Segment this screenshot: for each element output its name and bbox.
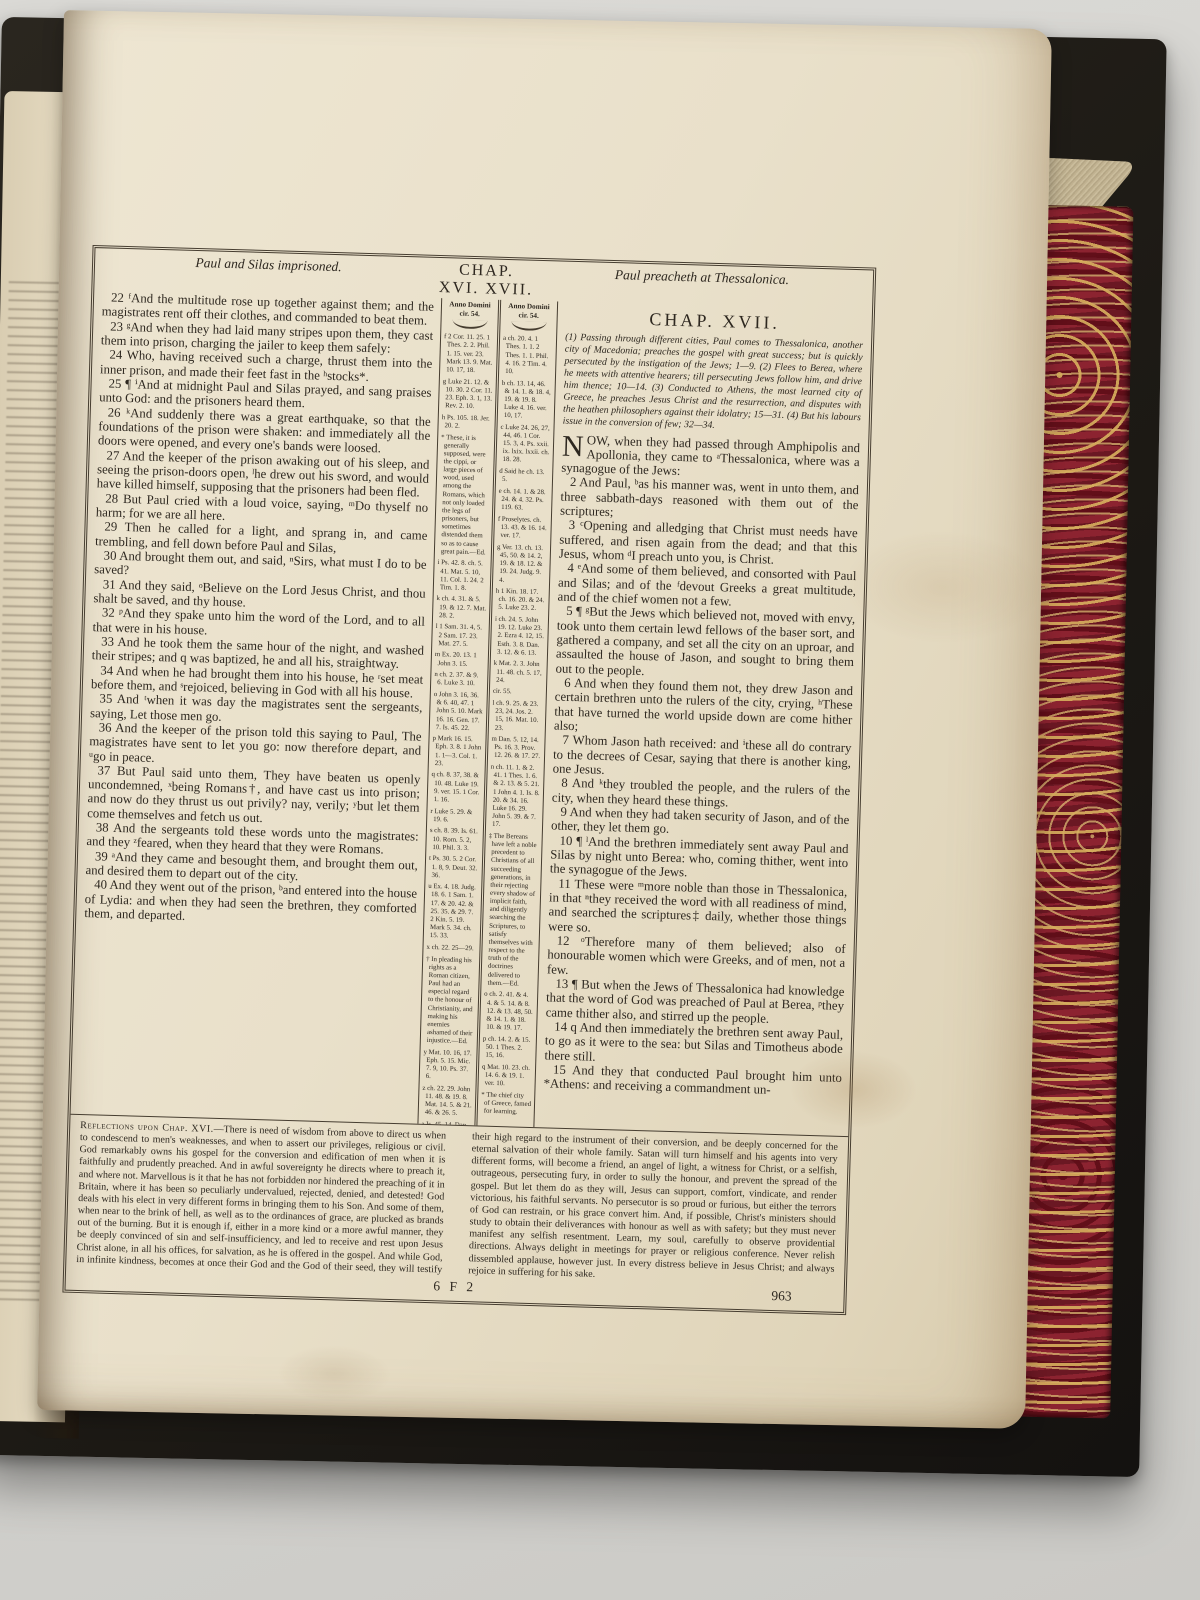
margin-note: d Said he ch. 13. 5. (499, 468, 549, 486)
verse-number: 2 (570, 475, 577, 489)
verse-number: 15 (553, 1063, 566, 1077)
verse: 37 But Paul said unto them, They have be… (87, 763, 421, 830)
margin-note: k Mat. 2. 3. John 11. 48. ch. 5. 17, 24. (493, 660, 544, 686)
running-head-left: Paul and Silas imprisoned. (101, 252, 436, 278)
verse-text: q And then immediately the brethren sent… (544, 1020, 843, 1063)
margin-note: † In pleading his rights as a Roman citi… (424, 955, 477, 1046)
margin-note: a ch. 20. 4. 1 Thes. 1. 1. 2 Thes. 1. 1.… (502, 335, 553, 377)
verse-number: 33 (101, 634, 114, 648)
running-head-right: Paul preacheth at Thessalonica. (537, 265, 867, 290)
verse-number: 22 (111, 291, 124, 305)
margin-note: z ch. 22. 29. John 11. 48. & 19. 8. Mat.… (422, 1085, 473, 1119)
margin-note: t Ps. 30. 5. 2 Cor. 1. 8, 9. Deut. 32. 3… (428, 855, 479, 881)
margin-note: cir. 55. (493, 688, 543, 698)
margin-note: * These, it is generally supposed, were … (438, 434, 492, 558)
verse-number: 24 (109, 348, 122, 362)
margin-note: i Ps. 42. 8. ch. 5. 41. Mat. 5. 10, 11. … (437, 559, 488, 593)
margin-note: g Ver. 13. ch. 13. 45, 50. & 14. 2, 19. … (496, 544, 547, 586)
verse-number: 29 (104, 520, 117, 534)
verse-text: And they went out of the prison, ᵇand en… (84, 878, 417, 923)
verse-number: 12 (557, 934, 570, 948)
margin-note: u Ex. 4. 18. Judg. 18. 6. 1 Sam. 1. 17. … (427, 883, 479, 942)
verse-number: 6 (564, 676, 571, 690)
verse-text: Whom Jason hath received: and ⁱthese all… (553, 733, 852, 777)
verse-number: 14 (554, 1020, 567, 1034)
verse-number: 23 (110, 319, 123, 333)
brace-ornament (511, 321, 546, 331)
verse-text: ᵉAnd some of them believed, and consorte… (557, 562, 856, 609)
verse: 6 And when they found them not, they dre… (554, 676, 854, 742)
verse-number: 3 (569, 518, 576, 532)
margin-note: q ch. 8. 37, 38. & 10. 48. Luke 19. 9. v… (431, 771, 482, 805)
anno-domini-year: cir. 54. (445, 309, 495, 319)
verse-number: 31 (103, 577, 116, 591)
verse-number: 28 (105, 491, 118, 505)
margin-note: p ch. 14. 2. & 15. 50. 1 Thes. 2. 15, 16… (482, 1035, 533, 1061)
verse-text: And Paul, ᵇas his manner was, went in un… (560, 476, 859, 520)
verse-number: 13 (555, 977, 568, 991)
margin-note: p Mark 16. 15. Eph. 3. 8. 1 John 1. 1—3.… (432, 735, 483, 769)
verse-text: ᶜOpening and alledging that Christ must … (559, 519, 858, 567)
margin-note: r Luke 5. 29. & 19. 6. (430, 808, 480, 826)
verse-text: ᵒTherefore many of them believed; also o… (547, 934, 846, 976)
verse: 40 And they went out of the prison, ᵇand… (84, 878, 417, 931)
right-text-column: CHAP. XVII. (1) Passing through differen… (534, 301, 872, 1135)
page-number: 963 (771, 1288, 792, 1305)
text-columns: 22 ᶠAnd the multitude rose up together a… (71, 288, 872, 1136)
margin-note: o John 3. 16, 36. & 6. 40, 47. 1 John 5.… (433, 691, 484, 733)
margin-note: i ch. 24. 5. John 19. 12. Luke 23. 2. Ez… (494, 616, 545, 658)
verse-number: 36 (99, 720, 112, 734)
margin-note: h Ps. 105. 18. Jer. 20. 2. (441, 414, 491, 432)
verse-text: ¶ ᵍBut the Jews which believed not, move… (555, 605, 855, 678)
chapter-summary: (1) Passing through different cities, Pa… (563, 332, 864, 436)
verse-text: NOW, when they had passed through Amphip… (561, 433, 860, 478)
verse-text: ᵏAnd suddenly there was a great earthqua… (98, 406, 431, 456)
verse-number: 11 (558, 876, 571, 890)
reflections-body: —There is need of wisdom from above to d… (76, 1124, 838, 1280)
verse-number: 9 (560, 805, 567, 819)
verse-number: 5 (566, 604, 573, 618)
photo-of-open-bible: Paul and Silas imprisoned. CHAP. XVI. XV… (0, 0, 1200, 1600)
verse-number: 35 (99, 692, 112, 706)
verse-text: But Paul said unto them, They have beate… (87, 764, 421, 825)
margin-note: h 1 Kin. 18. 17. ch. 16. 20. & 24. 5. Lu… (495, 588, 546, 614)
anno-domini-label: Anno Domini (445, 300, 495, 310)
margin-note: m Ex. 20. 13. 1 John 3. 15. (435, 651, 485, 669)
brace-ornament (452, 320, 487, 330)
verse-number: 40 (94, 878, 107, 892)
verse-text: And when they found them not, they drew … (554, 676, 854, 733)
verse-number: 37 (97, 763, 110, 777)
bible-page: Paul and Silas imprisoned. CHAP. XVI. XV… (37, 10, 1052, 1429)
margin-note: y Mat. 10. 16, 17. Eph. 5. 15. Mic. 7. 9… (423, 1049, 474, 1083)
margin-note: b ch. 13. 14, 46. & 14. 1. & 18. 4, 19. … (501, 379, 552, 421)
verse-text: And the keeper of the prison told this s… (89, 721, 422, 765)
verse-number: 30 (103, 548, 116, 562)
verse-number: 34 (100, 663, 113, 677)
anno-domini-label: Anno Domini (504, 302, 554, 312)
margin-note: n ch. 11. 1. & 2. 41. 1 Thes. 1. 6. & 2.… (489, 764, 541, 831)
margin-note: x ch. 22. 25—29. (426, 944, 476, 954)
verse-number: 26 (108, 405, 121, 419)
verse-text: ¶ But when the Jews of Thessalonica had … (545, 977, 844, 1025)
verse-number: 7 (562, 733, 569, 747)
verse-number: 38 (96, 820, 109, 834)
verse-number: 25 (108, 376, 121, 390)
verse: 5 ¶ ᵍBut the Jews which believed not, mo… (555, 604, 855, 684)
margin-note: ‡ The Bereans have left a noble preceden… (484, 833, 538, 989)
margin-note: k ch. 4. 31. & 5. 19. & 12. 7. Mat. 28. … (436, 596, 487, 622)
margin-note: s ch. 8. 39. Is. 61. 10. Rom. 5. 2, 10. … (429, 827, 480, 853)
chapter17-verses: 2 And Paul, ᵇas his manner was, went in … (543, 475, 859, 1099)
running-head-center: CHAP. XVI. XVII. (435, 261, 537, 300)
reflections-section: Reflections upon Chap. XVI.—There is nee… (66, 1113, 848, 1290)
margin-note: q Mat. 10. 23. ch. 14. 6. & 19. 1. ver. … (481, 1063, 532, 1089)
verse: 11 These were ᵐmore noble than those in … (548, 876, 848, 942)
verse-text: These were ᵐmore noble than those in The… (548, 877, 848, 934)
anno-domini-year: cir. 54. (504, 311, 554, 321)
margin-note: l 1 Sam. 31. 4, 5. 2 Sam. 17. 23. Mat. 2… (435, 623, 486, 649)
margin-note: f Proselytes. ch. 13. 43. & 16. 14. ver.… (497, 516, 548, 542)
verse-number: 10 (559, 833, 572, 847)
chapter-heading: CHAP. XVII. (565, 307, 863, 337)
book: Paul and Silas imprisoned. CHAP. XVI. XV… (0, 17, 1167, 1477)
verse-number: 4 (567, 561, 574, 575)
margin-note: m Dan. 5. 12, 14. Ps. 16. 3. Prov. 12. 2… (491, 736, 542, 762)
left-text-column: 22 ᶠAnd the multitude rose up together a… (71, 288, 442, 1123)
margin-note: o ch. 2. 41. & 4. 4. & 5. 14. & 8. 12. &… (483, 991, 534, 1033)
verse-number: 27 (106, 448, 119, 462)
printed-text-frame: Paul and Silas imprisoned. CHAP. XVI. XV… (62, 245, 876, 1315)
margin-note: e ch. 14. 1. & 28. 24. & 4. 32. Ps. 119.… (498, 488, 549, 514)
verse-number: 39 (95, 849, 108, 863)
margin-note: c Luke 24. 26, 27, 44, 46. 1 Cor. 15. 3,… (499, 424, 550, 466)
margin-note: * The chief city of Greece, famed for le… (481, 1091, 532, 1117)
margin-note: l ch. 9. 25. & 23. 23, 24. Jos. 2. 15, 1… (492, 700, 543, 734)
verse-number: 32 (102, 606, 115, 620)
margin-note: g Luke 21. 12. & 10. 30. 2 Cor. 11. 23. … (442, 378, 493, 412)
verse-text: ¶ ˡAnd the brethren immediately sent awa… (550, 834, 849, 880)
reflections-text: Reflections upon Chap. XVI.—There is nee… (76, 1120, 838, 1288)
margin-note: f 2 Cor. 11. 25. 1 Thes. 2. 2. Phil. 1. … (443, 333, 494, 375)
margin-note: n ch. 2. 37. & 9. 6. Luke 3. 10. (434, 671, 484, 689)
verse-number: 8 (561, 776, 568, 790)
